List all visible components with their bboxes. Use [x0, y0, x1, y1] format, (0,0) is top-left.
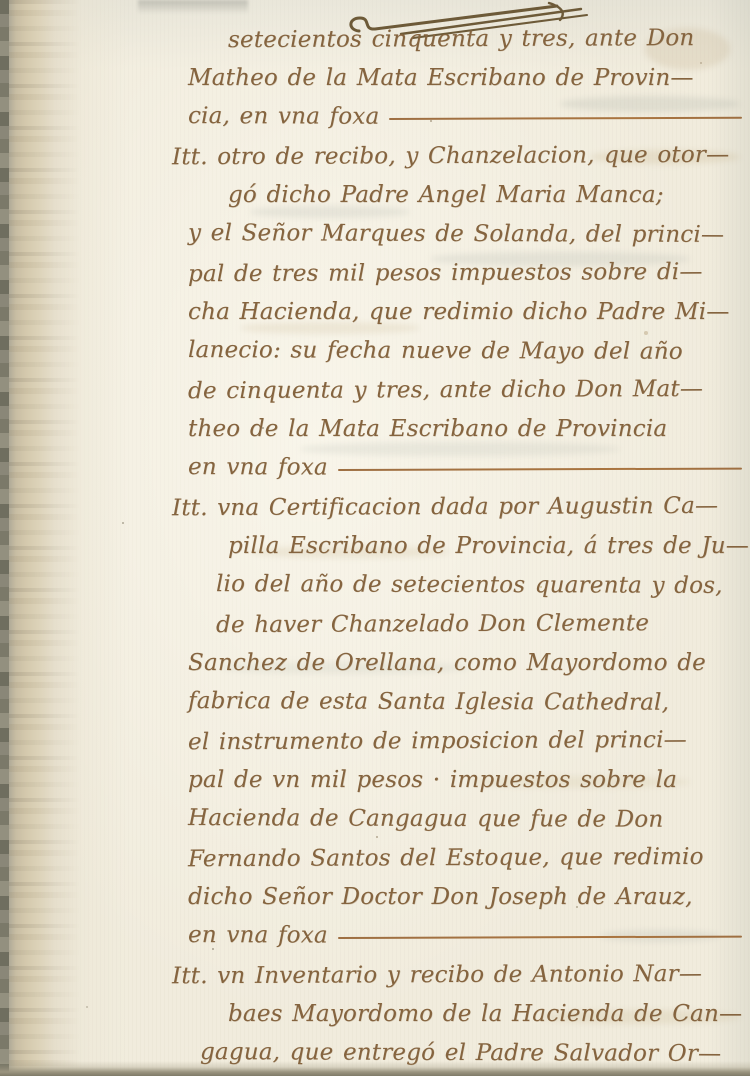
manuscript-line: en vna foxa: [188, 916, 738, 957]
manuscript-line: cia, en vna foxa: [188, 97, 738, 138]
book-binding-streaks: [0, 0, 82, 1076]
inked-rule: [338, 935, 742, 938]
manuscript-line: lio del año de setecientos quarenta y do…: [216, 565, 738, 606]
manuscript-line: en vna foxa: [188, 448, 738, 489]
manuscript-line: Itt. vna Certificacion dada por Augustin…: [172, 487, 738, 528]
manuscript-line-text: en vna foxa: [188, 448, 328, 487]
manuscript-line: lanecio: su fecha nueve de Mayo del año: [188, 331, 738, 372]
manuscript-line: cha Hacienda, que redimio dicho Padre Mi…: [188, 293, 738, 332]
manuscript-line: y el Señor Marques de Solanda, del princ…: [188, 214, 738, 255]
manuscript-line: pal de vn mil pesos · impuestos sobre la: [188, 761, 738, 800]
manuscript-line: pal de tres mil pesos impuestos sobre di…: [188, 253, 738, 294]
manuscript-line: theo de la Mata Escribano de Provincia: [188, 410, 738, 449]
manuscript-line: Fernando Santos del Estoque, que redimio: [188, 838, 738, 879]
book-spine-lip: [0, 0, 9, 1076]
manuscript-line: el instrumento de imposicion del princi—: [188, 721, 738, 762]
manuscript-line: dicho Señor Doctor Don Joseph de Arauz,: [188, 878, 738, 917]
manuscript-line-text: en vna foxa: [188, 916, 328, 955]
manuscript-line: gagua, que entregó el Padre Salvador Or—: [200, 1033, 738, 1074]
manuscript-line: setecientos cinquenta y tres, ante Don: [228, 19, 738, 60]
manuscript-text-block: setecientos cinquenta y tres, ante Don M…: [172, 20, 738, 1073]
manuscript-line: fabrica de esta Santa Iglesia Cathedral,: [188, 682, 738, 723]
manuscript-line: Hacienda de Cangagua que fue de Don: [188, 799, 738, 840]
inked-rule: [338, 467, 742, 470]
manuscript-line: Matheo de la Mata Escribano de Provin—: [188, 59, 738, 98]
manuscript-page: setecientos cinquenta y tres, ante Don M…: [0, 0, 750, 1076]
manuscript-line: Sanchez de Orellana, como Mayordomo de: [188, 644, 738, 683]
manuscript-line: gó dicho Padre Angel Maria Manca;: [228, 176, 738, 215]
manuscript-line: de haver Chanzelado Don Clemente: [216, 604, 738, 645]
manuscript-line: pilla Escribano de Provincia, á tres de …: [228, 527, 738, 566]
manuscript-line: de cinquenta y tres, ante dicho Don Mat—: [188, 370, 738, 411]
manuscript-line: Itt. otro de recibo, y Chanzelacion, que…: [172, 136, 738, 177]
manuscript-line: baes Mayordomo de la Hacienda de Can—: [228, 995, 738, 1034]
manuscript-line: Itt. vn Inventario y recibo de Antonio N…: [172, 955, 738, 996]
inked-rule: [389, 116, 742, 119]
manuscript-line-text: cia, en vna foxa: [188, 97, 380, 137]
page-top-edge-shadow: [138, 0, 248, 14]
